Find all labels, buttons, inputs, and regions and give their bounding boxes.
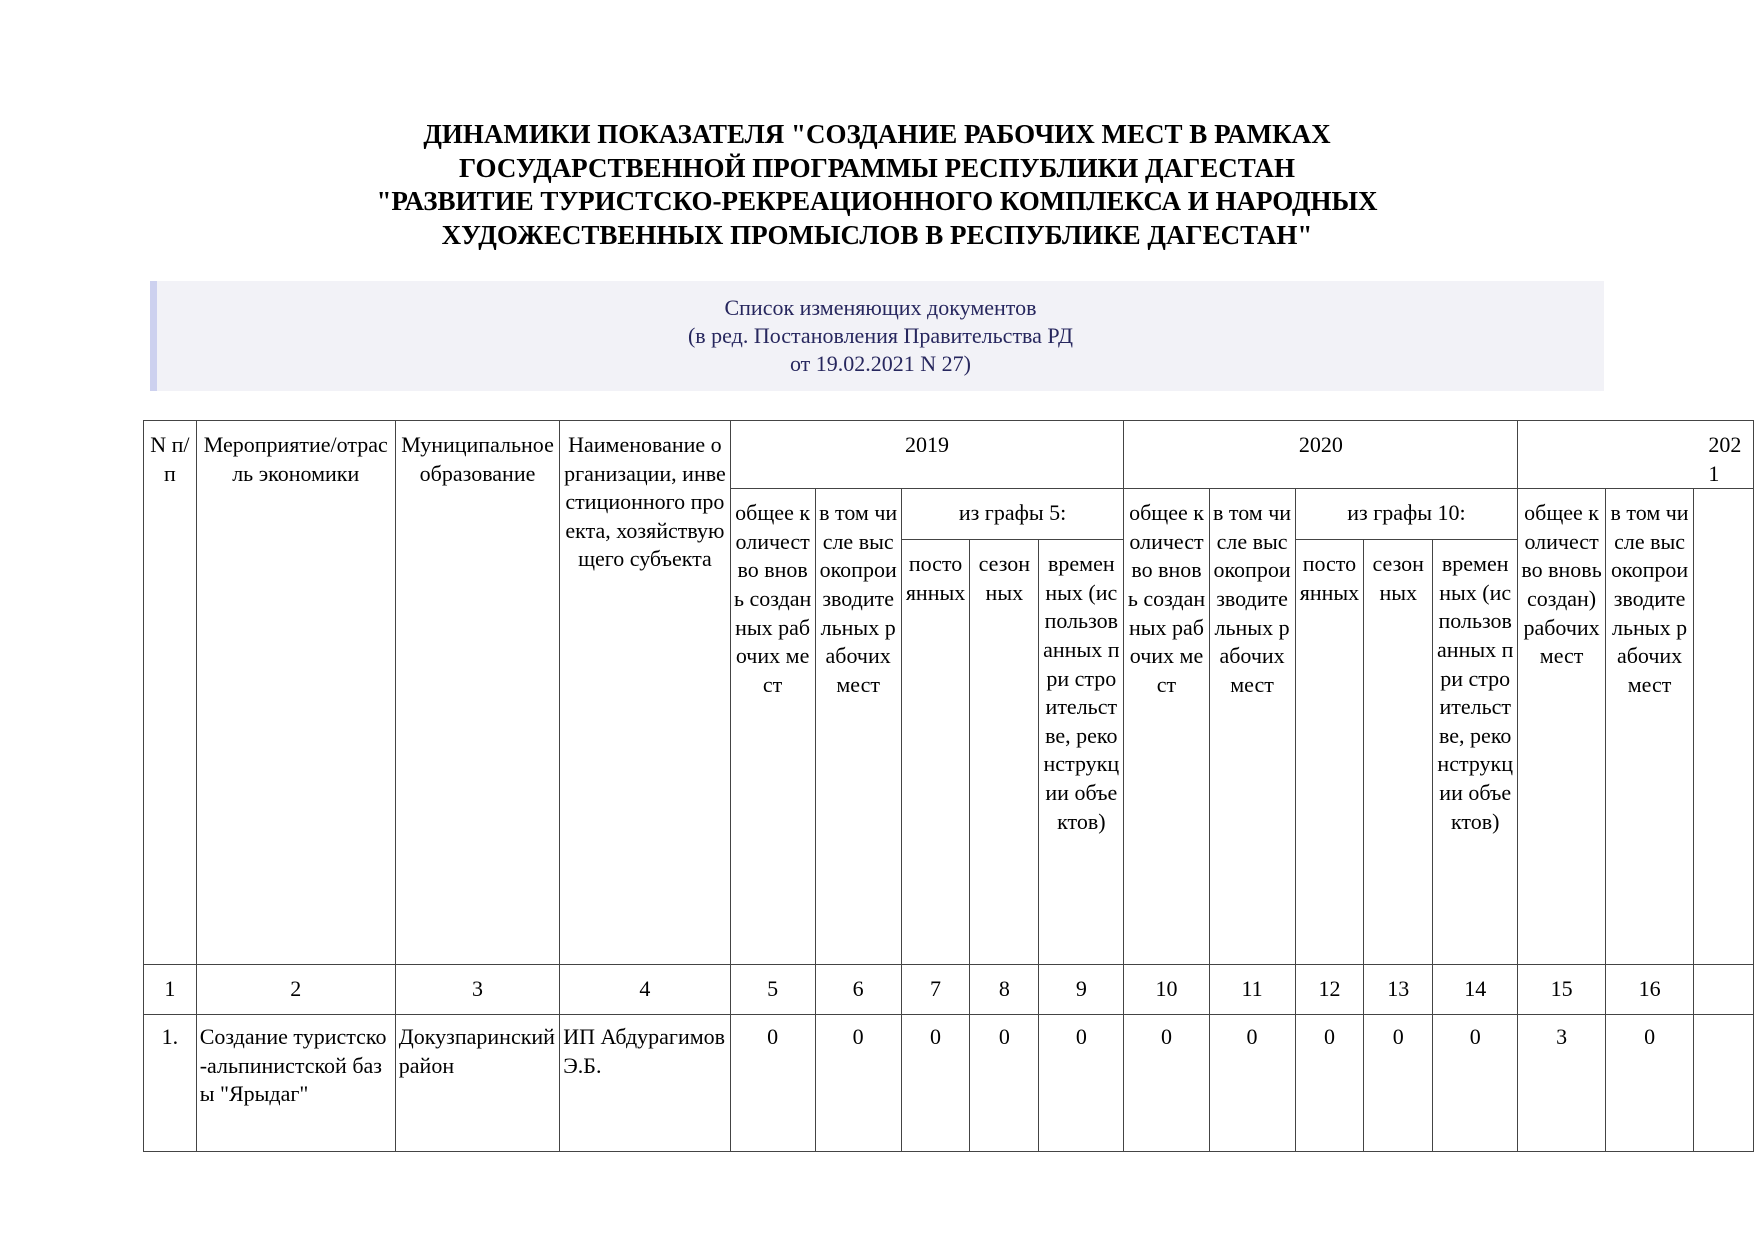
col-number: 9 [1039,965,1124,1015]
header-year-2020: 2020 [1124,421,1518,489]
row-num: 1. [144,1015,197,1152]
header-seasonal-2019: сезонных [970,540,1039,965]
jobs-table: N п/п Мероприятие/отрасль экономики Муни… [143,420,1754,1152]
row-organization: ИП Абдурагимов Э.Б. [560,1015,730,1152]
header-num: N п/п [144,421,197,965]
col-number: 10 [1124,965,1209,1015]
col-number-clipped [1694,965,1754,1015]
notice-line: (в ред. Постановления Правительства РД [157,322,1604,350]
header-total-2020: общее количество вновь созданных рабочих… [1124,489,1209,965]
amendments-notice: Список изменяющих документов (в ред. Пос… [150,281,1604,391]
col-number: 8 [970,965,1039,1015]
header-total-2021: общее количество вновь создан) рабочих м… [1518,489,1606,965]
row-municipality: Докузпаринский район [395,1015,560,1152]
col-number: 5 [730,965,815,1015]
row-value: 0 [1605,1015,1693,1152]
header-temporary-2019: временных (использованных при строительс… [1039,540,1124,965]
header-permanent-2019: постоянных [901,540,970,965]
header-high-2020: в том числе высокопроизводительных рабоч… [1209,489,1295,965]
row-value: 0 [1295,1015,1364,1152]
col-number: 12 [1295,965,1364,1015]
col-number: 15 [1518,965,1606,1015]
header-municipality: Муниципальное образование [395,421,560,965]
title-line: ХУДОЖЕСТВЕННЫХ ПРОМЫСЛОВ В РЕСПУБЛИКЕ ДА… [0,219,1754,253]
col-number: 14 [1433,965,1518,1015]
table-row: 1. Создание туристско-альпинистской базы… [144,1015,1754,1152]
col-number: 2 [196,965,395,1015]
header-high-2019: в том числе высокопроизводительных рабоч… [815,489,901,965]
col-number: 6 [815,965,901,1015]
col-number: 4 [560,965,730,1015]
header-total-2019: общее количество вновь созданных рабочих… [730,489,815,965]
col-number: 1 [144,965,197,1015]
col-number: 13 [1364,965,1433,1015]
header-high-2021: в том числе высокопроизводительных рабоч… [1605,489,1693,965]
row-value: 0 [901,1015,970,1152]
header-year-2021: 2021 [1518,421,1754,489]
column-numbers-row: 1 2 3 4 5 6 7 8 9 10 11 12 13 14 15 16 [144,965,1754,1015]
notice-line: Список изменяющих документов [157,294,1604,322]
row-value: 0 [815,1015,901,1152]
header-row-years: N п/п Мероприятие/отрасль экономики Муни… [144,421,1754,489]
header-clipped [1694,489,1754,965]
row-value: 3 [1518,1015,1606,1152]
row-value: 0 [970,1015,1039,1152]
header-seasonal-2020: сезонных [1364,540,1433,965]
header-organization: Наименование организации, инвестиционног… [560,421,730,965]
header-permanent-2020: постоянных [1295,540,1364,965]
col-number: 11 [1209,965,1295,1015]
title-line: ДИНАМИКИ ПОКАЗАТЕЛЯ "СОЗДАНИЕ РАБОЧИХ МЕ… [0,118,1754,152]
header-of-col5: из графы 5: [901,489,1124,540]
header-of-col10: из графы 10: [1295,489,1518,540]
row-value-clipped [1694,1015,1754,1152]
row-value: 0 [1124,1015,1209,1152]
title-line: ГОСУДАРСТВЕННОЙ ПРОГРАММЫ РЕСПУБЛИКИ ДАГ… [0,152,1754,186]
header-temporary-2020: временных (использованных при строительс… [1433,540,1518,965]
col-number: 7 [901,965,970,1015]
col-number: 16 [1605,965,1693,1015]
header-year-2019: 2019 [730,421,1124,489]
document-title: ДИНАМИКИ ПОКАЗАТЕЛЯ "СОЗДАНИЕ РАБОЧИХ МЕ… [0,118,1754,252]
row-value: 0 [1364,1015,1433,1152]
col-number: 3 [395,965,560,1015]
row-event: Создание туристско-альпинистской базы "Я… [196,1015,395,1152]
row-value: 0 [1433,1015,1518,1152]
notice-line: от 19.02.2021 N 27) [157,350,1604,378]
row-value: 0 [1039,1015,1124,1152]
header-event: Мероприятие/отрасль экономики [196,421,395,965]
row-value: 0 [1209,1015,1295,1152]
title-line: "РАЗВИТИЕ ТУРИСТСКО-РЕКРЕАЦИОННОГО КОМПЛ… [0,185,1754,219]
row-value: 0 [730,1015,815,1152]
